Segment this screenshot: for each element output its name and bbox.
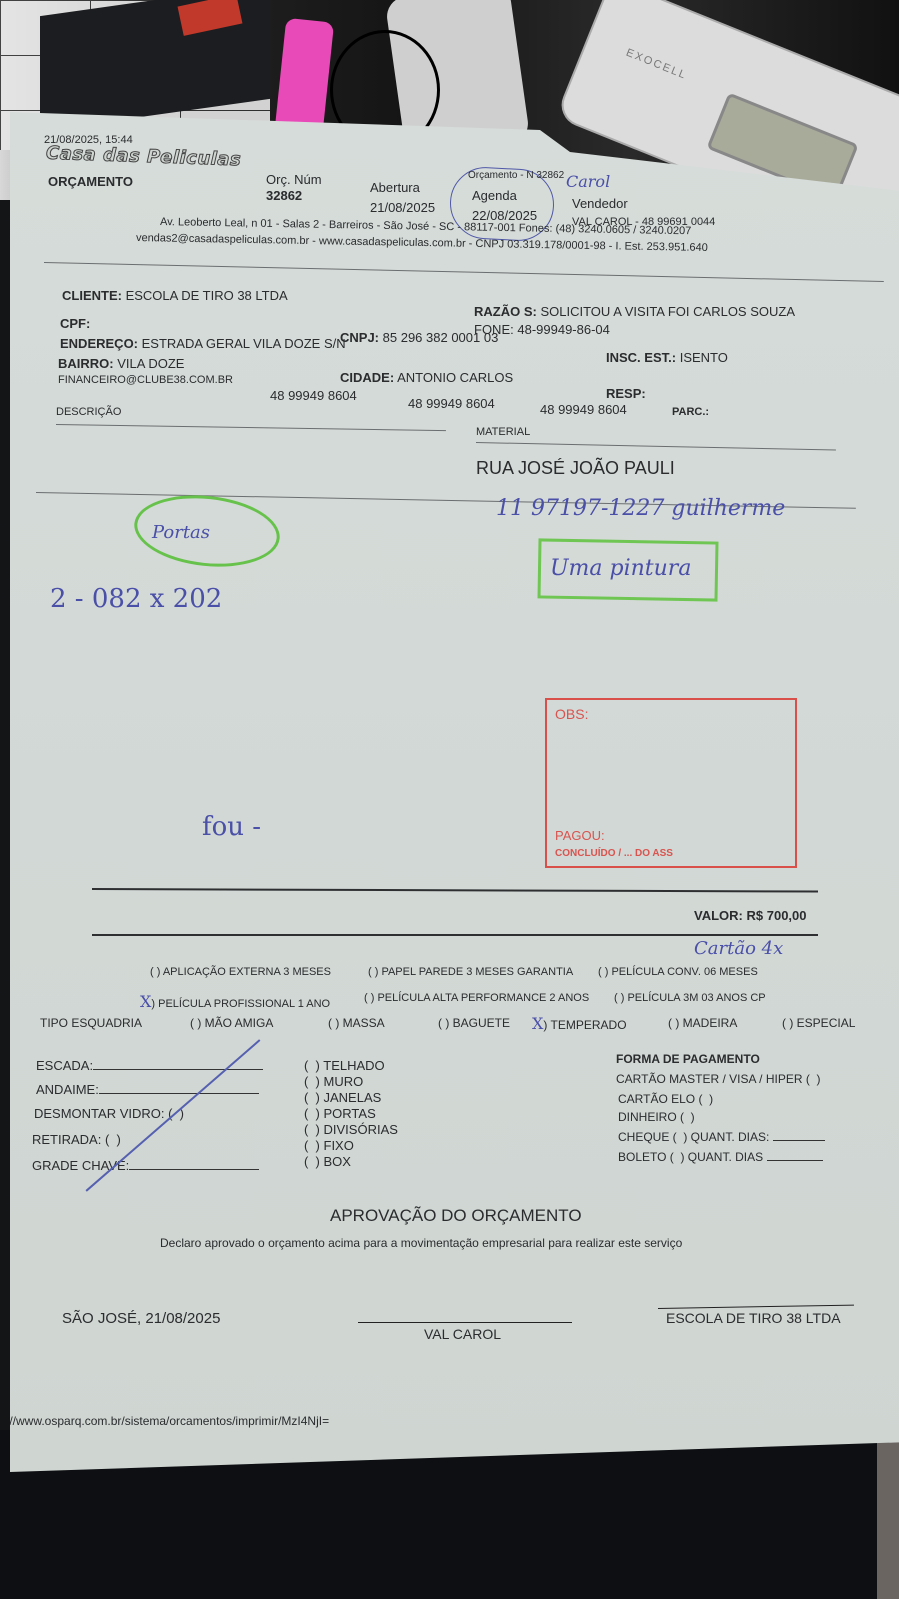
tipo-esquadria-label: TIPO ESQUADRIA <box>40 1016 142 1030</box>
grade-chave-field[interactable]: GRADE CHAVE: <box>32 1158 259 1173</box>
approval-declaration: Declaro aprovado o orçamento acima para … <box>160 1236 682 1250</box>
handwritten-note: fou - <box>202 812 261 842</box>
abertura-date: 21/08/2025 <box>370 200 435 215</box>
option-pelicula-alta-performance[interactable]: ( ) PELÍCULA ALTA PERFORMANCE 2 ANOS <box>364 992 589 1004</box>
handwritten-tipo: Uma pintura <box>550 556 691 581</box>
endereco-field: ENDEREÇO: ESTRADA GERAL VILA DOZE S/N <box>60 336 346 351</box>
insc-value: ISENTO <box>680 350 728 365</box>
cliente-value: ESCOLA DE TIRO 38 LTDA <box>126 288 288 303</box>
insc-label: INSC. EST.: <box>606 350 676 365</box>
cnpj-field: CNPJ: 85 296 382 0001 03 <box>340 330 498 345</box>
payment-dinheiro[interactable]: DINHEIRO ( ) <box>618 1110 695 1124</box>
pagou-label: PAGOU: <box>555 828 605 843</box>
cnpj-value: 85 296 382 0001 03 <box>383 330 499 345</box>
local-portas[interactable]: ( ) PORTAS <box>304 1106 376 1121</box>
esquadria-especial[interactable]: ( ) ESPECIAL <box>782 1016 855 1030</box>
client-signature-line <box>658 1305 854 1309</box>
cliente-field: CLIENTE: ESCOLA DE TIRO 38 LTDA <box>62 288 288 303</box>
esquadria-baguete[interactable]: ( ) BAGUETE <box>438 1016 510 1030</box>
approval-client-name: ESCOLA DE TIRO 38 LTDA <box>666 1310 841 1326</box>
checked-x-mark: X <box>532 1014 543 1033</box>
payment-cheque[interactable]: CHEQUE ( ) QUANT. DIAS: <box>618 1130 825 1144</box>
payment-boleto[interactable]: BOLETO ( ) QUANT. DIAS <box>618 1150 823 1164</box>
approval-title: APROVAÇÃO DO ORÇAMENTO <box>330 1206 582 1226</box>
bairro-value: VILA DOZE <box>117 356 184 371</box>
bairro-field: BAIRRO: VILA DOZE <box>58 356 184 371</box>
cliente-label: CLIENTE: <box>62 288 122 303</box>
obs-stamp-box: OBS: PAGOU: CONCLUÍDO / ... DO ASS <box>545 698 797 868</box>
local-box[interactable]: ( ) BOX <box>304 1154 351 1169</box>
valor-field: VALOR: R$ 700,00 <box>694 908 807 923</box>
client-email: FINANCEIRO@CLUBE38.COM.BR <box>58 374 233 386</box>
agenda-label: Agenda <box>472 188 517 203</box>
material-label: MATERIAL <box>476 426 530 438</box>
razao-value: SOLICITOU A VISITA FOI CARLOS SOUZA <box>540 304 795 319</box>
quote-document: 21/08/2025, 15:44 Casa das Peliculas ORÇ… <box>10 112 899 1472</box>
parc-label: PARC.: <box>672 406 709 418</box>
razao-field: RAZÃO S: SOLICITOU A VISITA FOI CARLOS S… <box>474 304 795 319</box>
vendedor-label: Vendedor <box>572 196 628 211</box>
option-pelicula-conv[interactable]: ( ) PELÍCULA CONV. 06 MESES <box>598 966 758 978</box>
local-telhado[interactable]: ( ) TELHADO <box>304 1058 385 1073</box>
cidade-field: CIDADE: ANTONIO CARLOS <box>340 370 513 385</box>
esquadria-madeira[interactable]: ( ) MADEIRA <box>668 1016 737 1030</box>
approval-vendor-name: VAL CAROL <box>424 1326 501 1342</box>
local-janelas[interactable]: ( ) JANELAS <box>304 1090 381 1105</box>
client-phone-2: 48 99949 8604 <box>408 396 495 411</box>
value-bottom-divider <box>92 934 818 936</box>
valor-value: R$ 700,00 <box>747 908 807 923</box>
esquadria-temperado[interactable]: X) TEMPERADO <box>532 1014 627 1033</box>
local-fixo[interactable]: ( ) FIXO <box>304 1138 354 1153</box>
desk-edge <box>877 1440 899 1599</box>
footer-url: s://www.osparq.com.br/sistema/orcamentos… <box>0 1414 329 1428</box>
payment-cartao-master[interactable]: CARTÃO MASTER / VISA / HIPER ( ) <box>616 1072 821 1086</box>
document-type: ORÇAMENTO <box>48 174 133 189</box>
abertura-label: Abertura <box>370 180 420 195</box>
orc-num-value: 32862 <box>266 188 302 203</box>
descricao-underline <box>56 424 446 431</box>
cidade-value: ANTONIO CARLOS <box>397 370 513 385</box>
handwritten-portas: Portas <box>152 522 210 543</box>
esquadria-mao-amiga[interactable]: ( ) MÃO AMIGA <box>190 1016 273 1030</box>
cpf-label: CPF: <box>60 316 90 331</box>
option-papel-parede[interactable]: ( ) PAPEL PAREDE 3 MESES GARANTIA <box>368 966 573 978</box>
andaime-field[interactable]: ANDAIME: <box>36 1082 259 1097</box>
endereco-label: ENDEREÇO: <box>60 336 138 351</box>
desmontar-vidro-field[interactable]: DESMONTAR VIDRO: ( ) <box>34 1106 184 1121</box>
company-logo: Casa das Peliculas <box>46 143 242 171</box>
local-divisorias[interactable]: ( ) DIVISÓRIAS <box>304 1122 398 1137</box>
orc-num-label: Orç. Núm <box>266 172 322 187</box>
retirada-field[interactable]: RETIRADA: ( ) <box>32 1132 121 1147</box>
material-value: RUA JOSÉ JOÃO PAULI <box>476 458 675 479</box>
header-divider <box>44 262 884 282</box>
cnpj-label: CNPJ: <box>340 330 379 345</box>
resp-label: RESP: <box>606 386 646 401</box>
client-phone-3: 48 99949 8604 <box>540 402 627 417</box>
handwritten-measurement: 2 - 082 x 202 <box>50 584 222 614</box>
local-muro[interactable]: ( ) MURO <box>304 1074 363 1089</box>
device-brand: EXOCELL <box>624 47 689 82</box>
vendor-signature-line <box>358 1322 572 1323</box>
bairro-label: BAIRRO: <box>58 356 114 371</box>
insc-field: INSC. EST.: ISENTO <box>606 350 728 365</box>
valor-label: VALOR: <box>694 908 743 923</box>
esquadria-massa[interactable]: ( ) MASSA <box>328 1016 385 1030</box>
option-pelicula-profissional[interactable]: X) PELÍCULA PROFISSIONAL 1 ANO <box>140 992 330 1011</box>
fone-value: 48-99949-86-04 <box>517 322 610 337</box>
handwritten-payment-note: Cartão 4x <box>694 938 783 959</box>
payment-cartao-elo[interactable]: CARTÃO ELO ( ) <box>618 1092 713 1106</box>
checked-x-mark: X <box>140 992 151 1011</box>
approval-place-date: SÃO JOSÉ, 21/08/2025 <box>62 1310 220 1327</box>
option-pelicula-3m[interactable]: ( ) PELÍCULA 3M 03 ANOS CP <box>614 992 766 1004</box>
obs-label: OBS: <box>555 706 588 722</box>
orcamento-reference: Orçamento - N 32862 <box>468 170 564 181</box>
value-top-divider <box>92 888 818 892</box>
vendor-signature: Carol <box>566 172 610 191</box>
descricao-label: DESCRIÇÃO <box>56 406 121 418</box>
handwritten-phone-note: 11 97197-1227 guilherme <box>496 496 785 521</box>
concluido-label: CONCLUÍDO / ... DO ASS <box>555 848 673 859</box>
razao-label: RAZÃO S: <box>474 304 537 319</box>
client-phone-1: 48 99949 8604 <box>270 388 357 403</box>
payment-title: FORMA DE PAGAMENTO <box>616 1052 760 1066</box>
material-underline <box>476 442 836 451</box>
cidade-label: CIDADE: <box>340 370 394 385</box>
endereco-value: ESTRADA GERAL VILA DOZE S/N <box>142 336 346 351</box>
option-aplicacao-externa[interactable]: ( ) APLICAÇÃO EXTERNA 3 MESES <box>150 966 331 978</box>
